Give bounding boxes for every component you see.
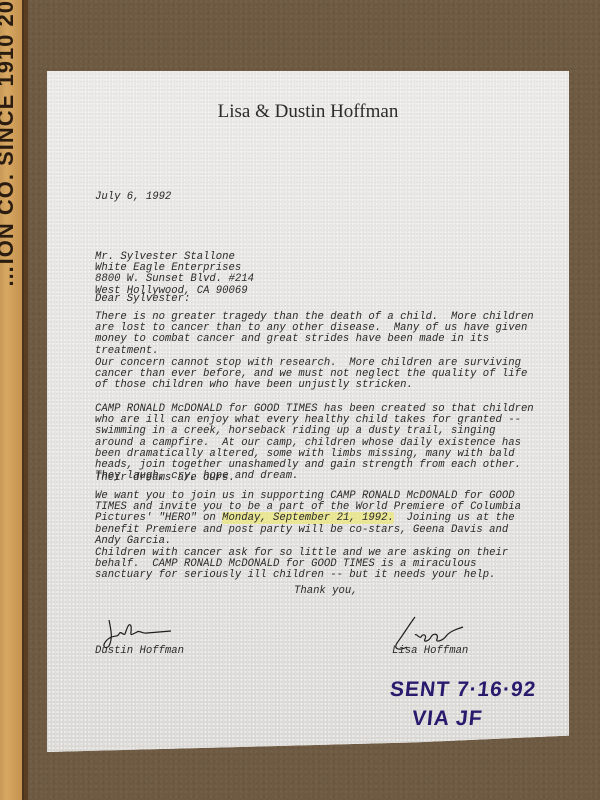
handwritten-note: SENT 7·16·92 [389,678,538,702]
paragraph-invitation: We want you to join us in supporting CAM… [95,491,535,547]
closing: Thank you, [294,586,600,597]
paragraph: Children with cancer ask for so little a… [95,548,535,582]
address-line: 8800 W. Sunset Blvd. #214 [95,273,254,285]
yardstick-edge [24,0,28,800]
address-line: Mr. Sylvester Stallone [95,251,235,263]
paragraph: There is no greater tragedy than the dea… [95,312,535,357]
yardstick-label: …ION CO. SINCE 1910 20 [0,0,20,800]
letter-page: Lisa & Dustin Hoffman July 6, 1992 Mr. S… [47,71,569,752]
signer-name: Lisa Hoffman [392,646,600,657]
yardstick-text: …ION CO. SINCE 1910 20 [0,0,20,287]
paragraph: Our concern cannot stop with research. M… [95,358,535,392]
letter-date: July 6, 1992 [95,192,535,203]
address-line: White Eagle Enterprises [95,262,241,274]
paragraph: Their dreams are ours. [95,473,535,484]
yardstick: …ION CO. SINCE 1910 20 [0,0,24,800]
salutation: Dear Sylvester: [95,294,535,305]
highlighted-date: Monday, September 21, 1992. [222,512,394,524]
paragraph: CAMP RONALD McDONALD for GOOD TIMES has … [95,404,535,482]
letterhead: Lisa & Dustin Hoffman [47,101,569,123]
handwritten-note: VIA JF [411,707,484,731]
recipient-address: Mr. Sylvester Stallone White Eagle Enter… [95,252,535,297]
